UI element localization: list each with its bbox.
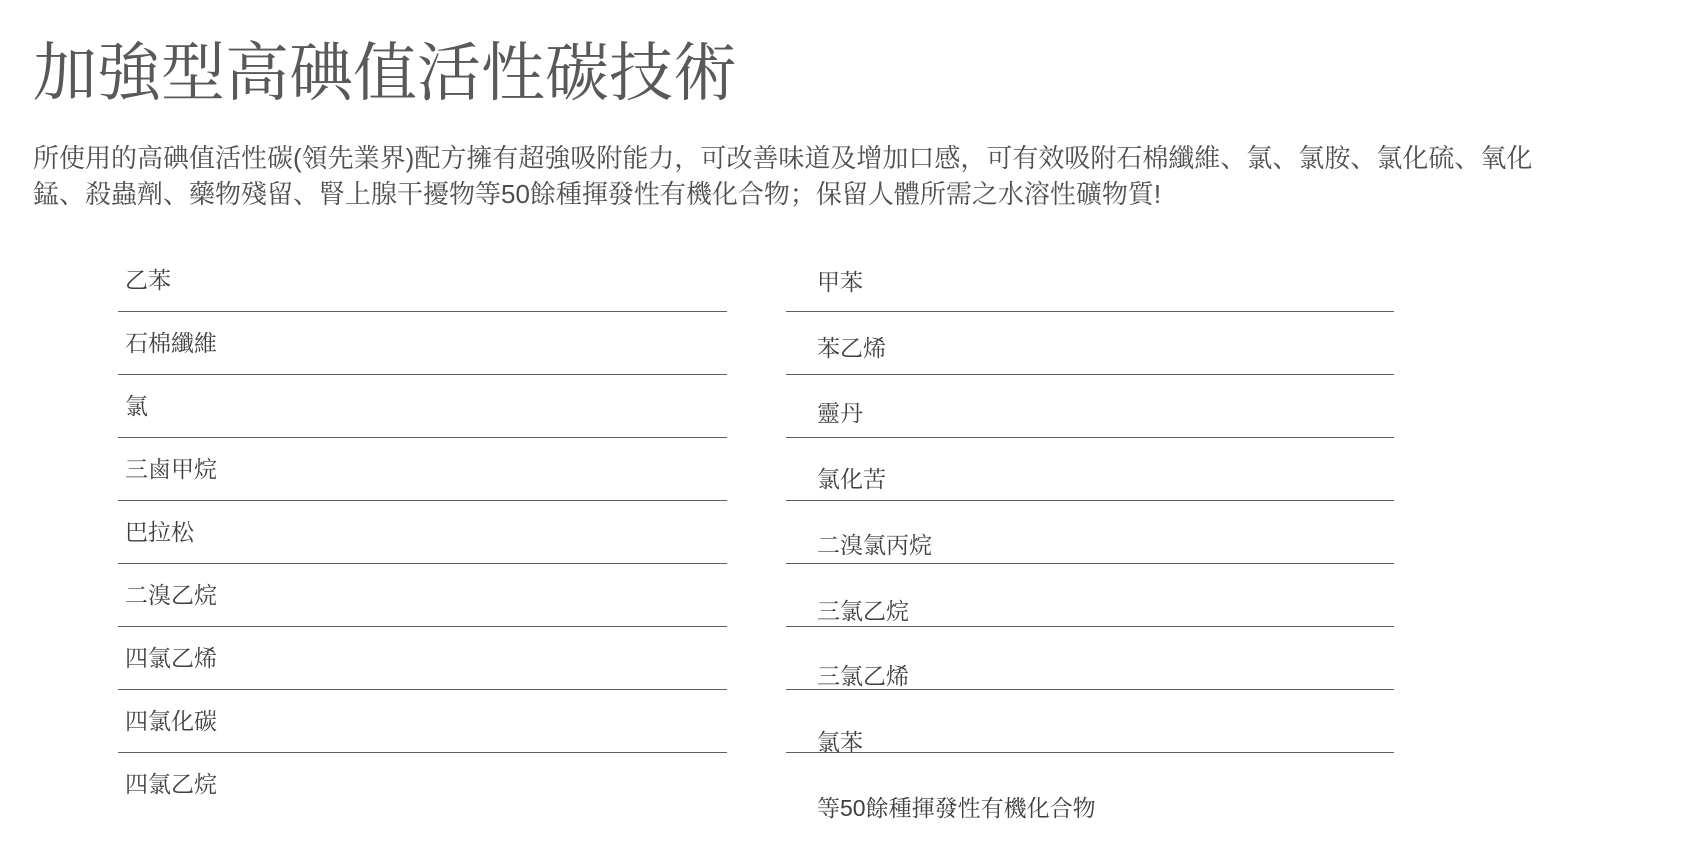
list-item: 三氯乙烯 xyxy=(817,664,909,688)
divider xyxy=(786,626,1394,627)
divider xyxy=(786,374,1394,375)
list-item: 氯苯 xyxy=(817,730,863,754)
divider xyxy=(118,689,727,690)
list-item: 等50餘種揮發性有機化合物 xyxy=(817,796,1096,820)
divider xyxy=(786,437,1394,438)
divider xyxy=(118,752,727,753)
divider xyxy=(786,563,1394,564)
list-item: 二溴氯丙烷 xyxy=(817,533,932,557)
divider xyxy=(786,311,1394,312)
divider xyxy=(118,626,727,627)
list-item: 乙苯 xyxy=(125,268,171,292)
list-item: 四氯乙烷 xyxy=(125,772,217,796)
divider xyxy=(118,437,727,438)
list-item: 靈丹 xyxy=(817,401,863,425)
divider xyxy=(118,563,727,564)
list-item: 巴拉松 xyxy=(125,520,194,544)
list-item: 四氯乙烯 xyxy=(125,646,217,670)
contaminant-list-right: 甲苯苯乙烯靈丹氯化苦二溴氯丙烷三氯乙烷三氯乙烯氯苯等50餘種揮發性有機化合物 xyxy=(786,0,1394,850)
divider xyxy=(786,689,1394,690)
divider xyxy=(786,752,1394,753)
divider xyxy=(118,500,727,501)
list-item: 甲苯 xyxy=(817,270,863,294)
divider xyxy=(118,374,727,375)
contaminant-list-left: 乙苯石棉纖維氯三鹵甲烷巴拉松二溴乙烷四氯乙烯四氯化碳四氯乙烷 xyxy=(118,0,727,850)
list-item: 二溴乙烷 xyxy=(125,583,217,607)
list-item: 氯 xyxy=(125,394,148,418)
list-item: 三氯乙烷 xyxy=(817,599,909,623)
list-item: 三鹵甲烷 xyxy=(125,457,217,481)
list-item: 石棉纖維 xyxy=(125,331,217,355)
divider xyxy=(118,311,727,312)
divider xyxy=(786,500,1394,501)
list-item: 苯乙烯 xyxy=(817,336,886,360)
page: 加強型高碘值活性碳技術 所使用的高碘值活性碳(領先業界)配方擁有超強吸附能力，可… xyxy=(0,0,1704,850)
list-item: 四氯化碳 xyxy=(125,709,217,733)
list-item: 氯化苦 xyxy=(817,467,886,491)
